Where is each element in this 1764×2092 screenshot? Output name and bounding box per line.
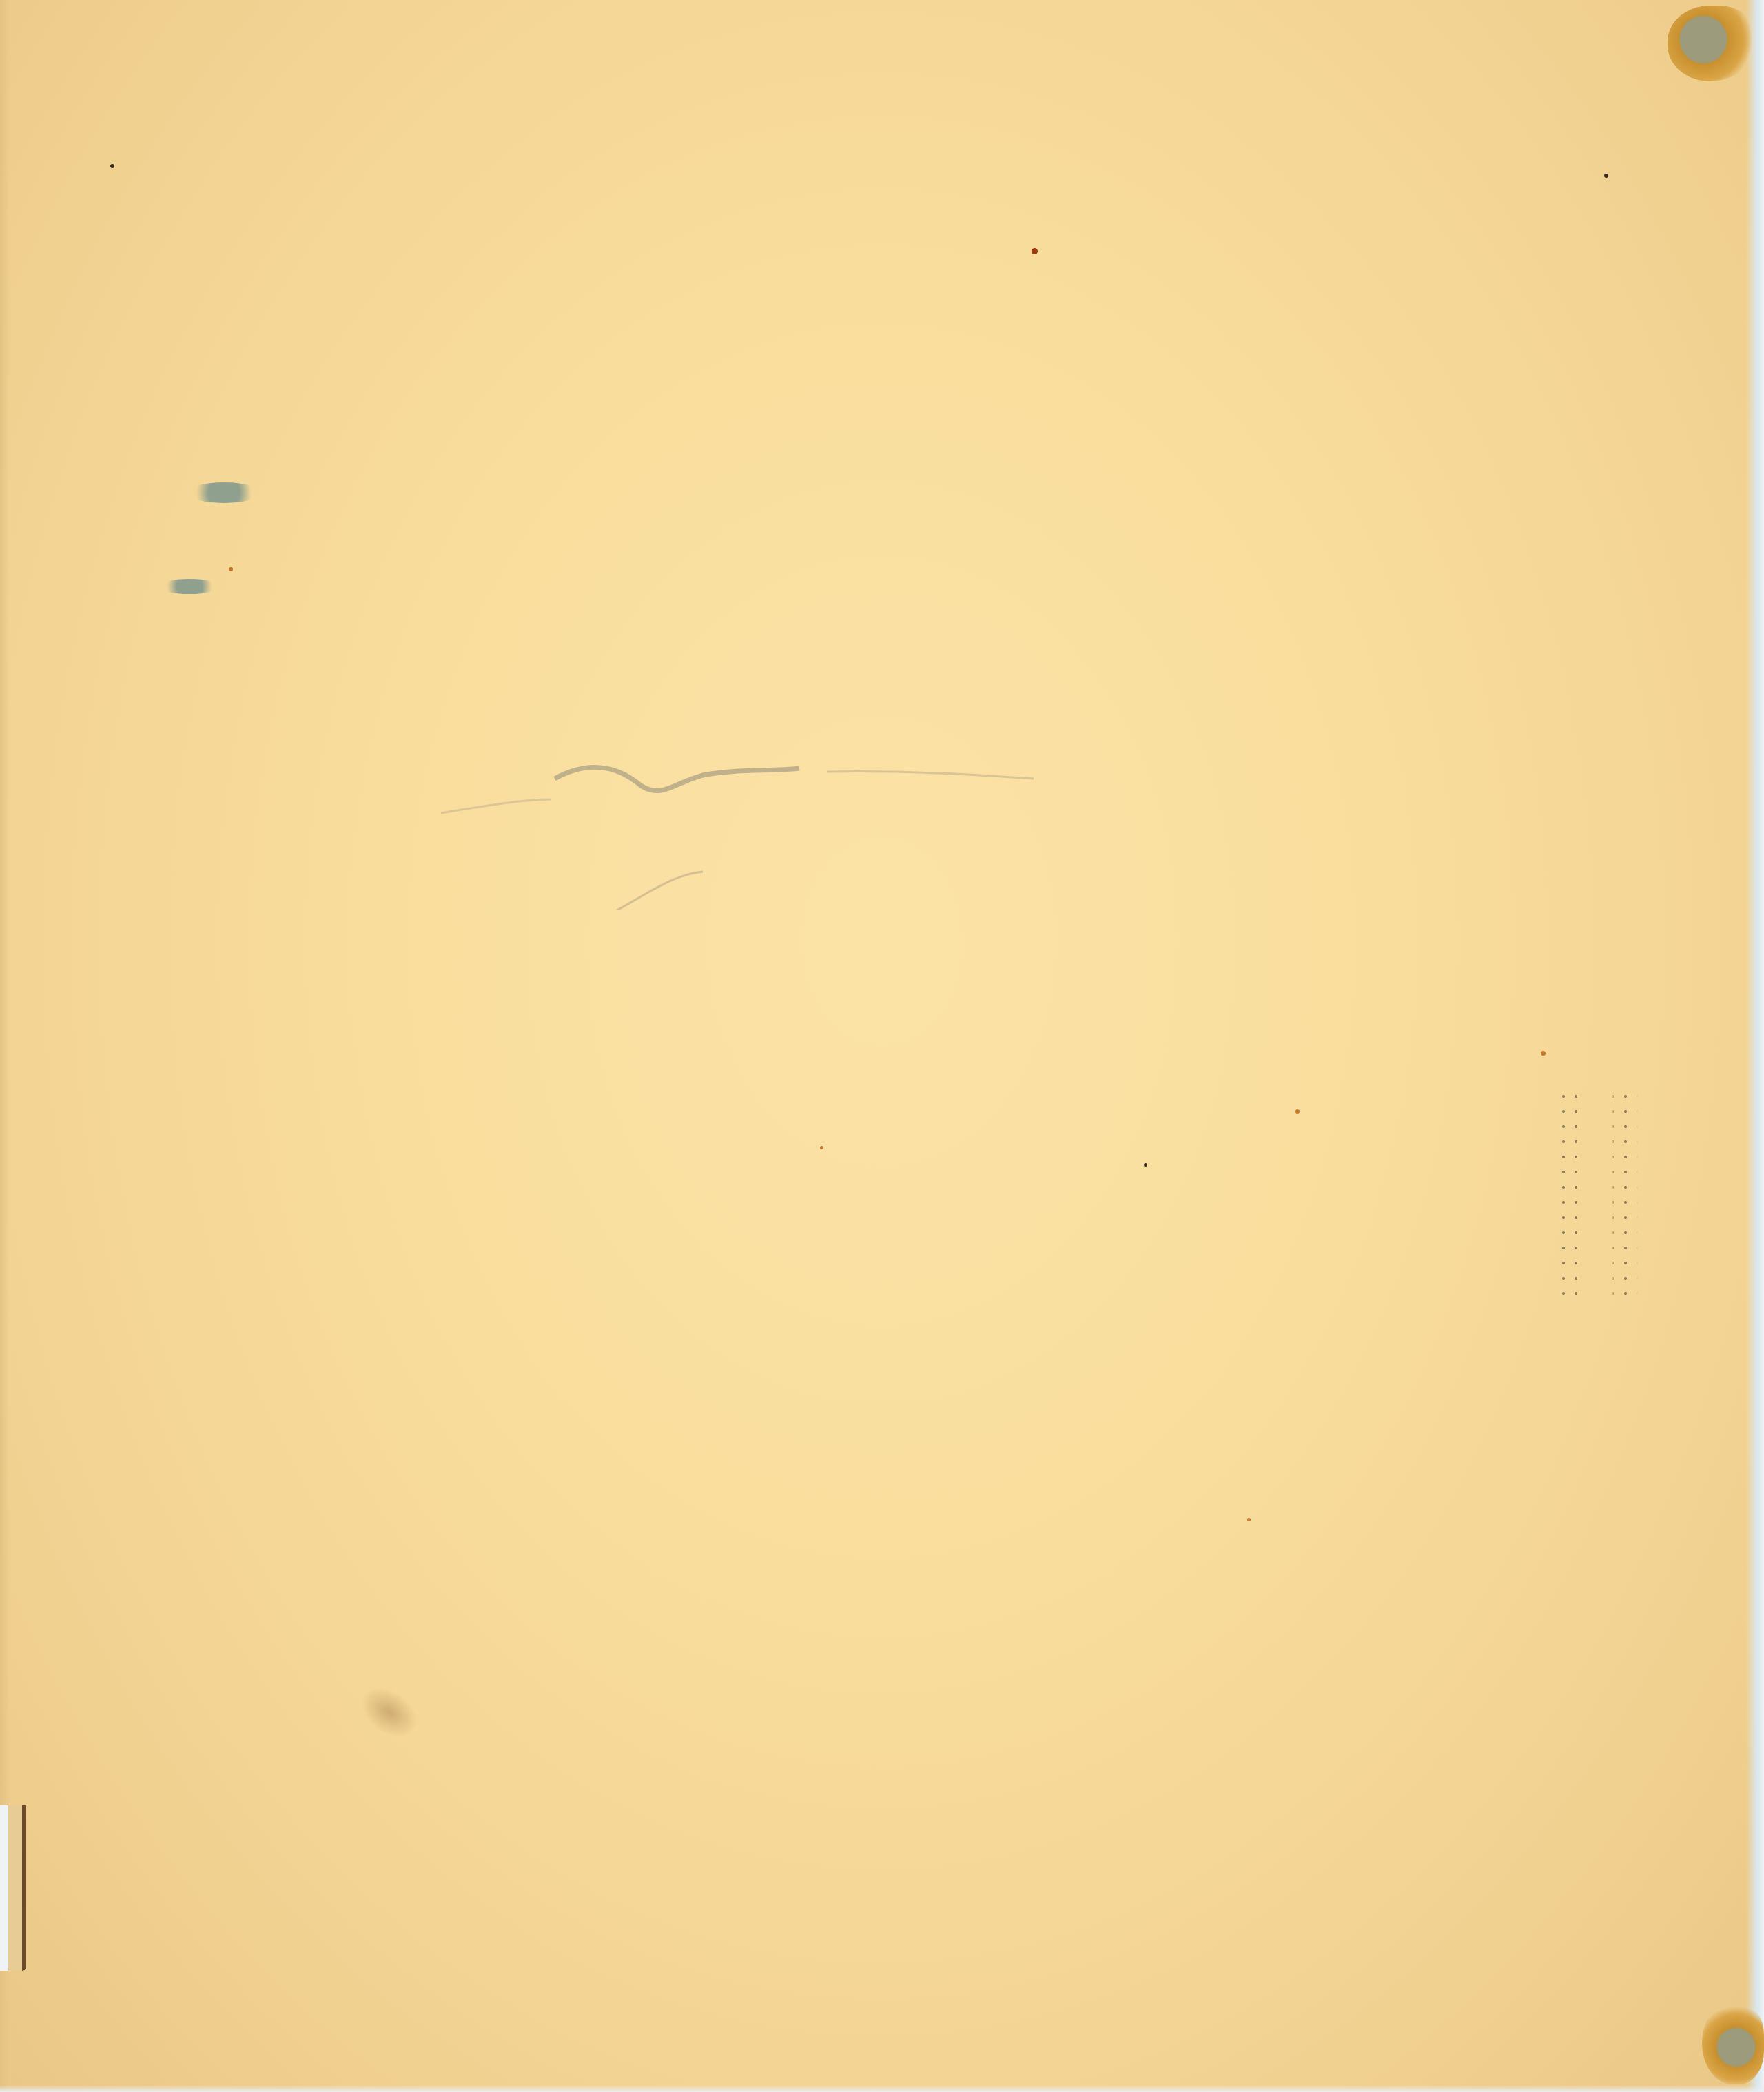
spot (1144, 1163, 1147, 1167)
faint-pencil-sketch (413, 703, 1240, 910)
smudge (352, 1678, 427, 1747)
torn-binding-strip (0, 1805, 29, 1971)
right-edge (1746, 0, 1764, 2092)
foxing-spots (1557, 1089, 1647, 1295)
left-edge (0, 0, 10, 2092)
bottom-edge (0, 2085, 1764, 2092)
corner-stain-bottom-right (1702, 2002, 1764, 2084)
spot (110, 164, 114, 168)
corner-stain-top-right (1668, 6, 1757, 81)
spot (1541, 1051, 1546, 1056)
spot (229, 567, 233, 571)
blot-left-1 (186, 482, 262, 503)
spot (1295, 1109, 1300, 1114)
paper-sheet (0, 0, 1764, 2092)
spot (1032, 248, 1038, 254)
spot (820, 1146, 823, 1149)
spot (1604, 174, 1608, 178)
blot-left-2 (158, 579, 220, 594)
spot (1247, 1518, 1251, 1521)
